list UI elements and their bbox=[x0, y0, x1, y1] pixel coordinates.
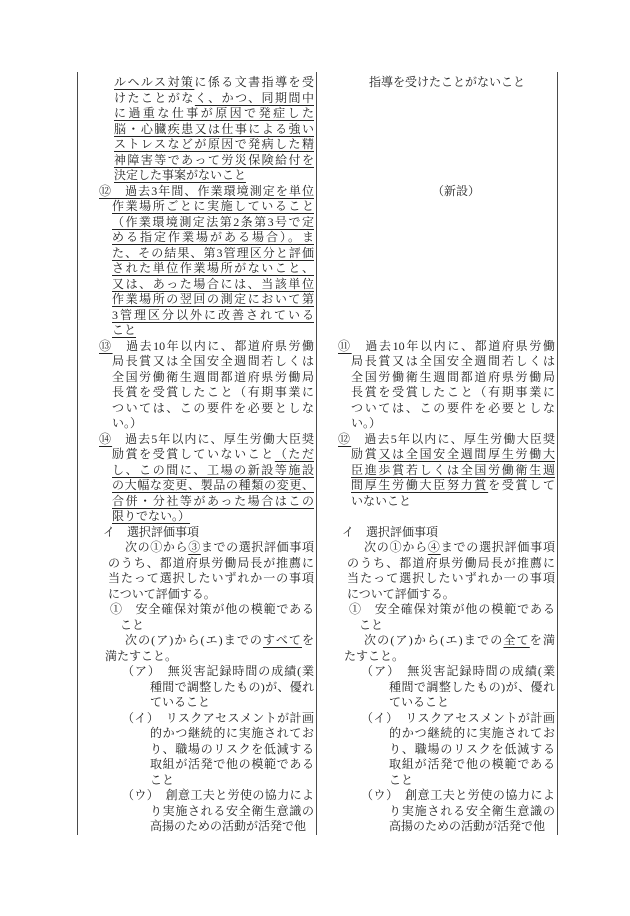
underlined-text-segment: （作業環境測定法第2条第3号で定 bbox=[112, 215, 314, 229]
row-minister-award: ⑭ 過去5年以内に、厚生労働大臣奨励賞を受賞していないこと（ただし、この間に、工… bbox=[77, 432, 558, 525]
text-segment: 当たって選択したいずれか一の事項 bbox=[108, 571, 314, 585]
text-segment: 当たって選択したいずれか一の事項 bbox=[347, 571, 555, 585]
text-line: こと bbox=[78, 323, 316, 339]
text-line: ていること bbox=[317, 695, 557, 711]
row-selective-evaluation-items: イ 選択評価事項次の①から③までの選択評価事項のうち、都道府県労働局長が推薦に当… bbox=[77, 525, 558, 835]
underlined-text-segment: 脳・心臓疾患又は仕事による強い bbox=[114, 122, 314, 136]
text-segment: イ 選択評価事項 bbox=[342, 525, 438, 539]
text-line: 当たって選択したいずれか一の事項 bbox=[78, 571, 316, 587]
underlined-text-segment: し、この間に、工場の新設等施設 bbox=[112, 463, 314, 477]
text-line: ストレスなどが原因で発病した精 bbox=[78, 137, 316, 153]
text-segment: り、職場のリスクを低減する bbox=[389, 742, 555, 756]
text-line: り実施される安全衛生意識の bbox=[78, 804, 316, 820]
underlined-text-segment: める指定作業場がある場合）。ま bbox=[112, 230, 314, 244]
cell-current-text: （新設） bbox=[317, 184, 558, 339]
underlined-text-segment: ⑫ 過去3年間、作業環境測定を単位 bbox=[99, 184, 314, 198]
text-line: た、その結果、第3管理区分と評価 bbox=[78, 246, 316, 262]
text-line: （イ） リスクアセスメントが計画 bbox=[78, 711, 316, 727]
text-line: 神障害等であって労災保険給付を bbox=[78, 153, 316, 169]
underlined-text-segment: すべて bbox=[263, 633, 302, 647]
text-line: された単位作業場所がないこと、 bbox=[78, 261, 316, 277]
text-line: 局長賞又は全国安全週間若しくは bbox=[317, 354, 557, 370]
text-segment: までの選択評価事項 bbox=[441, 540, 555, 554]
text-line: 脳・心臓疾患又は仕事による強い bbox=[78, 122, 316, 138]
text-line: ⑪ 過去10年以内に、都道府県労働 bbox=[317, 339, 557, 355]
text-line: 高揚のための活動が活発で他 bbox=[317, 819, 557, 835]
text-line: ① 安全確保対策が他の模範である bbox=[317, 602, 557, 618]
text-segment: 過去10年以内に、都道府県労働 bbox=[352, 339, 555, 353]
underlined-text-segment: 間厚生労働大臣努力賞 bbox=[351, 478, 488, 492]
comparison-table: ルヘルス対策に係る文書指導を受けたことがなく、かつ、同期間中に過重な仕事が原因で… bbox=[77, 72, 558, 835]
text-line: ついては、この要件を必要としな bbox=[317, 401, 557, 417]
text-line: ⑬ 過去10年以内に、都道府県労働 bbox=[78, 339, 316, 355]
text-segment: 次の①から bbox=[364, 540, 428, 554]
text-line: （ア） 無災害記録時間の成績(業 bbox=[317, 664, 557, 680]
text-line: 決定した事案がないこと bbox=[78, 168, 316, 184]
text-segment: 長賞を受賞したこと（有期事業に bbox=[112, 385, 314, 399]
text-line: に過重な仕事が原因で発症した bbox=[78, 106, 316, 122]
text-line: 長賞を受賞したこと（有期事業に bbox=[78, 385, 316, 401]
text-line: 3管理区分以外に改善されている bbox=[78, 308, 316, 324]
text-line: （ウ） 創意工夫と労使の協力によ bbox=[78, 788, 316, 804]
text-line: ルヘルス対策に係る文書指導を受 bbox=[78, 75, 316, 91]
text-segment: （イ） リスクアセスメントが計画 bbox=[122, 711, 314, 725]
text-line: り実施される安全衛生意識の bbox=[317, 804, 557, 820]
text-segment: イ 選択評価事項 bbox=[103, 525, 199, 539]
text-line: 励賞又は全国安全週間厚生労働大 bbox=[317, 447, 557, 463]
text-line: 次の(ア)から(エ)までのすべてを bbox=[78, 633, 316, 649]
text-segment: ていること bbox=[389, 695, 449, 709]
underlined-text-segment: 限りでない。） bbox=[112, 509, 190, 523]
underlined-text-segment: 3管理区分以外に改善されている bbox=[112, 308, 314, 322]
text-line: について評価する。 bbox=[78, 587, 316, 603]
text-segment: 高揚のための活動が活発で他 bbox=[150, 819, 306, 833]
text-line: ⑫ 過去3年間、作業環境測定を単位 bbox=[78, 184, 316, 200]
text-segment: い。） bbox=[112, 416, 142, 430]
text-line: い。） bbox=[78, 416, 316, 432]
text-line: 臣進歩賞若しくは全国労働衛生週 bbox=[317, 463, 557, 479]
text-line: イ 選択評価事項 bbox=[78, 525, 316, 541]
text-segment: （ア） 無災害記録時間の成績(業 bbox=[122, 664, 314, 678]
underlined-text-segment: 全て bbox=[503, 633, 529, 647]
text-line: 当たって選択したいずれか一の事項 bbox=[317, 571, 557, 587]
text-line: 間厚生労働大臣努力賞を受賞して bbox=[317, 478, 557, 494]
text-segment: こと bbox=[389, 773, 413, 787]
text-segment: いないこと bbox=[351, 494, 411, 508]
text-segment: 取組が活発で他の模範である bbox=[150, 757, 314, 771]
text-segment: 満たすこと。 bbox=[105, 649, 177, 663]
text-segment: 過去10年以内に、都道府県労働 bbox=[113, 339, 314, 353]
text-segment: ついては、この要件を必要としな bbox=[112, 401, 314, 415]
text-segment: ていること bbox=[150, 695, 210, 709]
text-line: こと bbox=[317, 773, 557, 789]
text-segment: 全国労働衛生週間都道府県労働局 bbox=[112, 370, 314, 384]
underlined-text-segment: された単位作業場所がないこと、 bbox=[112, 261, 314, 275]
text-segment: ① 安全確保対策が他の模範である bbox=[349, 602, 555, 616]
text-line: ⑫ 過去5年以内に、厚生労働大臣奨 bbox=[317, 432, 557, 448]
text-segment: のうち、都道府県労働局長が推薦に bbox=[108, 556, 314, 570]
text-segment: 的かつ継続的に実施されてお bbox=[150, 726, 314, 740]
text-line: 次の①から④までの選択評価事項 bbox=[317, 540, 557, 556]
text-line: 局長賞又は全国安全週間若しくは bbox=[78, 354, 316, 370]
text-segment: い。） bbox=[351, 416, 381, 430]
text-line: 取組が活発で他の模範である bbox=[78, 757, 316, 773]
text-segment: を満 bbox=[530, 633, 555, 647]
text-line: 満たすこと。 bbox=[78, 649, 316, 665]
row-work-environment-measurement: ⑫ 過去3年間、作業環境測定を単位作業場所ごとに実施していること（作業環境測定法… bbox=[77, 184, 558, 339]
underlined-text-segment: ⑬ bbox=[99, 339, 113, 353]
text-segment: 局長賞又は全国安全週間若しくは bbox=[112, 354, 314, 368]
text-line: 次の①から③までの選択評価事項 bbox=[78, 540, 316, 556]
text-segment: こと bbox=[120, 618, 144, 632]
underlined-text-segment: に過重な仕事が原因で発症した bbox=[114, 106, 314, 120]
underlined-text-segment: こと bbox=[112, 323, 136, 337]
text-segment: ついては、この要件を必要としな bbox=[351, 401, 555, 415]
text-line: り、職場のリスクを低減する bbox=[78, 742, 316, 758]
text-line: の大幅な変更、製品の種類の変更、 bbox=[78, 478, 316, 494]
text-segment: り実施される安全衛生意識の bbox=[389, 804, 555, 818]
text-segment: 過去5年以内に、厚生労働大臣奨 bbox=[351, 432, 555, 446]
text-line: 種間で調整したもの)が、優れ bbox=[78, 680, 316, 696]
text-line: 励賞を受賞していないこと（ただ bbox=[78, 447, 316, 463]
text-segment: たすこと。 bbox=[344, 649, 404, 663]
text-segment: 次の(ア)から(エ)までの bbox=[125, 633, 263, 647]
text-line: のうち、都道府県労働局長が推薦に bbox=[78, 556, 316, 572]
text-segment: （イ） リスクアセスメントが計画 bbox=[361, 711, 555, 725]
cell-amended-text: ⑬ 過去10年以内に、都道府県労働局長賞又は全国安全週間若しくは全国労働衛生週間… bbox=[77, 339, 317, 432]
text-segment: 次の①から bbox=[125, 540, 188, 554]
underlined-text-segment: 決定した事案がないこと bbox=[114, 168, 246, 182]
text-segment: を受賞して bbox=[488, 478, 555, 492]
text-line: こと bbox=[78, 773, 316, 789]
text-line: める指定作業場がある場合）。ま bbox=[78, 230, 316, 246]
text-segment: 全国労働衛生週間都道府県労働局 bbox=[351, 370, 555, 384]
text-line: 長賞を受賞したこと（有期事業に bbox=[317, 385, 557, 401]
text-segment: までの選択評価事項 bbox=[201, 540, 314, 554]
cell-amended-text: イ 選択評価事項次の①から③までの選択評価事項のうち、都道府県労働局長が推薦に当… bbox=[77, 525, 317, 835]
text-line: 全国労働衛生週間都道府県労働局 bbox=[78, 370, 316, 386]
underlined-text-segment: ④ bbox=[428, 540, 441, 554]
text-line: 合併・分社等があった場合はこの bbox=[78, 494, 316, 510]
text-line: 的かつ継続的に実施されてお bbox=[78, 726, 316, 742]
underlined-text-segment: 合併・分社等があった場合はこの bbox=[112, 494, 314, 508]
text-line: 指導を受けたことがないこと bbox=[317, 75, 557, 91]
text-line: り、職場のリスクを低減する bbox=[317, 742, 557, 758]
text-segment: こと bbox=[150, 773, 174, 787]
text-line: ① 安全確保対策が他の模範である bbox=[78, 602, 316, 618]
text-segment: （ア） 無災害記録時間の成績(業 bbox=[361, 664, 555, 678]
text-line: 種間で調整したもの)が、優れ bbox=[317, 680, 557, 696]
text-segment: り実施される安全衛生意識の bbox=[150, 804, 314, 818]
text-segment: 励賞 bbox=[351, 447, 378, 461]
text-segment: 種間で調整したもの)が、優れ bbox=[389, 680, 555, 694]
text-segment: に係る文書指導を受 bbox=[194, 75, 314, 89]
text-line: 次の(ア)から(エ)までの全てを満 bbox=[317, 633, 557, 649]
text-line: たすこと。 bbox=[317, 649, 557, 665]
text-line: けたことがなく、かつ、同期間中 bbox=[78, 91, 316, 107]
text-segment: 次の(ア)から(エ)までの bbox=[364, 633, 503, 647]
underlined-text-segment: （ただ bbox=[275, 447, 314, 461]
cell-current-text: ⑪ 過去10年以内に、都道府県労働局長賞又は全国安全週間若しくは全国労働衛生週間… bbox=[317, 339, 558, 432]
text-segment: のうち、都道府県労働局長が推薦に bbox=[347, 556, 555, 570]
text-line: （新設） bbox=[317, 184, 557, 200]
text-line: 作業場所の翌回の測定において第 bbox=[78, 292, 316, 308]
underlined-text-segment: た、その結果、第3管理区分と評価 bbox=[112, 246, 314, 260]
underlined-text-segment: ⑭ bbox=[99, 432, 112, 446]
text-segment: けたことがな bbox=[114, 91, 195, 105]
text-line: いないこと bbox=[317, 494, 557, 510]
text-segment: 長賞を受賞したこと（有期事業に bbox=[351, 385, 555, 399]
text-segment: について評価する。 bbox=[347, 587, 455, 601]
text-line: について評価する。 bbox=[317, 587, 557, 603]
text-line: のうち、都道府県労働局長が推薦に bbox=[317, 556, 557, 572]
text-line: （ア） 無災害記録時間の成績(業 bbox=[78, 664, 316, 680]
underlined-text-segment: ルヘルス対策 bbox=[114, 75, 194, 89]
underlined-text-segment: 又は全国安全週間厚生労働大 bbox=[378, 447, 555, 461]
row-mental-health-guidance: ルヘルス対策に係る文書指導を受けたことがなく、かつ、同期間中に過重な仕事が原因で… bbox=[77, 72, 558, 184]
cell-amended-text: ⑫ 過去3年間、作業環境測定を単位作業場所ごとに実施していること（作業環境測定法… bbox=[77, 184, 317, 339]
text-segment: 励賞を受賞していないこと bbox=[112, 447, 275, 461]
text-segment: 種間で調整したもの)が、優れ bbox=[150, 680, 314, 694]
underlined-text-segment: 作業場所の翌回の測定において第 bbox=[112, 292, 314, 306]
text-segment: 高揚のための活動が活発で他 bbox=[389, 819, 545, 833]
text-line: ⑭ 過去5年以内に、厚生労働大臣奨 bbox=[78, 432, 316, 448]
text-line: こと bbox=[317, 618, 557, 634]
text-segment: こと bbox=[359, 618, 383, 632]
cell-current-text: ⑫ 過去5年以内に、厚生労働大臣奨励賞又は全国安全週間厚生労働大臣進歩賞若しくは… bbox=[317, 432, 558, 525]
text-line: （ウ） 創意工夫と労使の協力によ bbox=[317, 788, 557, 804]
cell-current-text: イ 選択評価事項次の①から④までの選択評価事項のうち、都道府県労働局長が推薦に当… bbox=[317, 525, 558, 835]
underlined-text-segment: ③ bbox=[188, 540, 201, 554]
blank-line bbox=[317, 509, 557, 525]
text-line: 高揚のための活動が活発で他 bbox=[78, 819, 316, 835]
text-segment: を bbox=[302, 633, 314, 647]
text-segment: について評価する。 bbox=[108, 587, 216, 601]
text-line: い。） bbox=[317, 416, 557, 432]
underlined-text-segment: ⑪ bbox=[338, 339, 352, 353]
text-line: ついては、この要件を必要としな bbox=[78, 401, 316, 417]
text-line: イ 選択評価事項 bbox=[317, 525, 557, 541]
text-line: ていること bbox=[78, 695, 316, 711]
text-segment: （ウ） 創意工夫と労使の協力によ bbox=[361, 788, 555, 802]
text-line: 的かつ継続的に実施されてお bbox=[317, 726, 557, 742]
underlined-text-segment: ⑫ bbox=[338, 432, 351, 446]
document-page: ルヘルス対策に係る文書指導を受けたことがなく、かつ、同期間中に過重な仕事が原因で… bbox=[0, 0, 630, 916]
text-segment: 局長賞又は全国安全週間若しくは bbox=[351, 354, 555, 368]
underlined-text-segment: 臣進歩賞若しくは全国労働衛生週 bbox=[351, 463, 555, 477]
cell-current-text: 指導を受けたことがないこと bbox=[317, 72, 558, 184]
cell-amended-text: ルヘルス対策に係る文書指導を受けたことがなく、かつ、同期間中に過重な仕事が原因で… bbox=[77, 72, 317, 184]
underlined-text-segment: 神障害等であって労災保険給付を bbox=[114, 153, 314, 167]
text-segment: 過去5年以内に、厚生労働大臣奨 bbox=[112, 432, 314, 446]
underlined-text-segment: く、かつ、同期間中 bbox=[195, 91, 314, 105]
text-segment: ① 安全確保対策が他の模範である bbox=[110, 602, 314, 616]
text-line: 取組が活発で他の模範である bbox=[317, 757, 557, 773]
text-segment: 取組が活発で他の模範である bbox=[389, 757, 555, 771]
text-segment: （新設） bbox=[432, 184, 480, 198]
row-prefectural-labour-bureau-award: ⑬ 過去10年以内に、都道府県労働局長賞又は全国安全週間若しくは全国労働衛生週間… bbox=[77, 339, 558, 432]
text-line: 限りでない。） bbox=[78, 509, 316, 525]
underlined-text-segment: 作業場所ごとに実施していること bbox=[112, 199, 314, 213]
text-line: 全国労働衛生週間都道府県労働局 bbox=[317, 370, 557, 386]
text-segment: （ウ） 創意工夫と労使の協力によ bbox=[122, 788, 314, 802]
text-line: （イ） リスクアセスメントが計画 bbox=[317, 711, 557, 727]
cell-amended-text: ⑭ 過去5年以内に、厚生労働大臣奨励賞を受賞していないこと（ただし、この間に、工… bbox=[77, 432, 317, 525]
text-segment: り、職場のリスクを低減する bbox=[150, 742, 314, 756]
text-line: 作業場所ごとに実施していること bbox=[78, 199, 316, 215]
text-segment: 的かつ継続的に実施されてお bbox=[389, 726, 555, 740]
underlined-text-segment: 又は、あった場合には、当該単位 bbox=[112, 277, 314, 291]
text-line: し、この間に、工場の新設等施設 bbox=[78, 463, 316, 479]
underlined-text-segment: の大幅な変更、製品の種類の変更、 bbox=[112, 478, 314, 492]
text-line: こと bbox=[78, 618, 316, 634]
text-line: （作業環境測定法第2条第3号で定 bbox=[78, 215, 316, 231]
text-segment: 指導を受けたことがないこと bbox=[369, 75, 525, 89]
text-line: 又は、あった場合には、当該単位 bbox=[78, 277, 316, 293]
underlined-text-segment: ストレスなどが原因で発病した精 bbox=[114, 137, 314, 151]
